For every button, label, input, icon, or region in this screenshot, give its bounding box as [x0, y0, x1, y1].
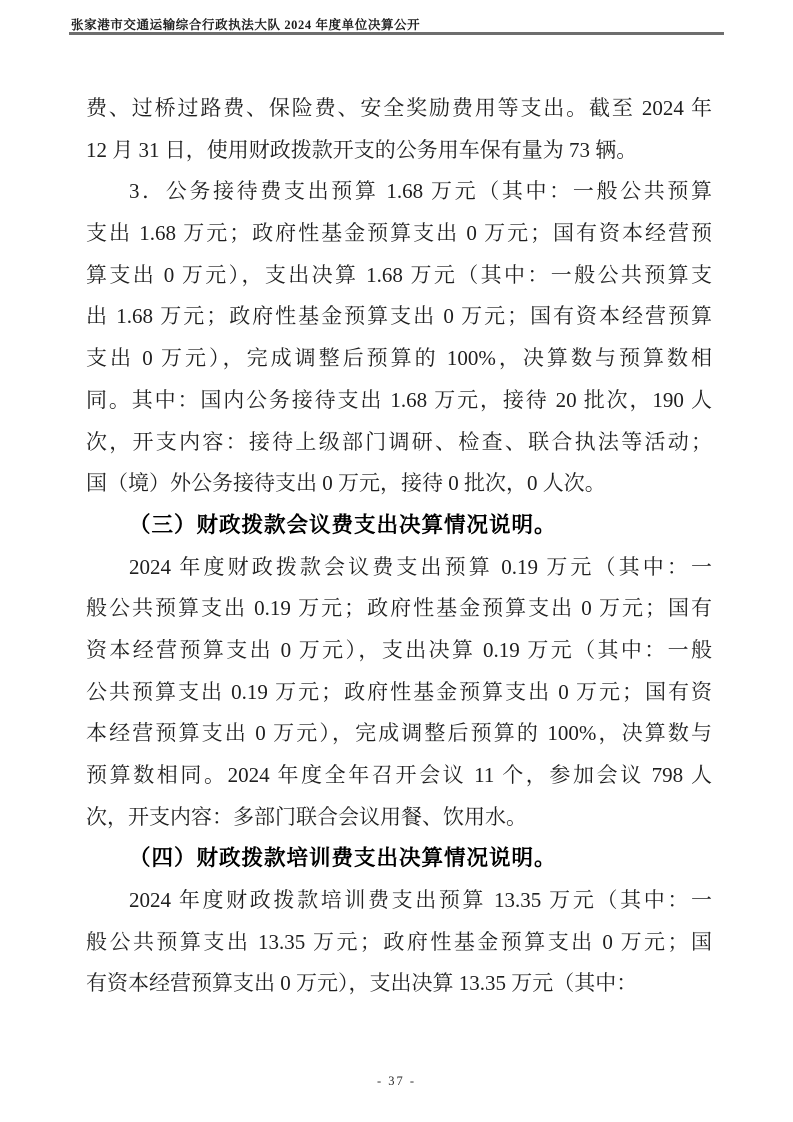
header-rule	[69, 32, 724, 35]
text-line: 费、过桥过路费、保险费、安全奖励费用等支出。截至 2024 年	[86, 88, 712, 130]
text-line: 次，开支内容：多部门联合会议用餐、饮用水。	[86, 797, 712, 839]
section-heading: （三）财政拨款会议费支出决算情况说明。	[86, 505, 712, 547]
text-line: 2024 年度财政拨款会议费支出预算 0.19 万元（其中：一	[86, 547, 712, 589]
text-line: 支出 0 万元），完成调整后预算的 100%，决算数与预算数相	[86, 338, 712, 380]
section-heading: （四）财政拨款培训费支出决算情况说明。	[86, 838, 712, 880]
text-line: 般公共预算支出 0.19 万元；政府性基金预算支出 0 万元；国有	[86, 588, 712, 630]
text-line: 本经营预算支出 0 万元），完成调整后预算的 100%，决算数与	[86, 713, 712, 755]
text-line: 2024 年度财政拨款培训费支出预算 13.35 万元（其中：一	[86, 880, 712, 922]
document-page: 张家港市交通运输综合行政执法大队 2024 年度单位决算公开 费、过桥过路费、保…	[0, 0, 793, 1122]
page-number: - 37 -	[377, 1074, 416, 1088]
text-line: 预算数相同。2024 年度全年召开会议 11 个，参加会议 798 人	[86, 755, 712, 797]
header-title: 张家港市交通运输综合行政执法大队 2024 年度单位决算公开	[71, 15, 420, 33]
text-line: 公共预算支出 0.19 万元；政府性基金预算支出 0 万元；国有资	[86, 672, 712, 714]
text-line: 3．公务接待费支出预算 1.68 万元（其中：一般公共预算	[86, 171, 712, 213]
page-footer: - 37 -	[0, 1074, 793, 1089]
text-line: 次，开支内容：接待上级部门调研、检查、联合执法等活动；	[86, 422, 712, 464]
document-body: 费、过桥过路费、保险费、安全奖励费用等支出。截至 2024 年12 月 31 日…	[86, 88, 712, 1005]
text-line: 出 1.68 万元；政府性基金预算支出 0 万元；国有资本经营预算	[86, 296, 712, 338]
text-line: 支出 1.68 万元；政府性基金预算支出 0 万元；国有资本经营预	[86, 213, 712, 255]
text-line: 12 月 31 日，使用财政拨款开支的公务用车保有量为 73 辆。	[86, 130, 712, 172]
text-line: 算支出 0 万元），支出决算 1.68 万元（其中：一般公共预算支	[86, 255, 712, 297]
text-line: 有资本经营预算支出 0 万元），支出决算 13.35 万元（其中：	[86, 963, 712, 1005]
text-line: 国（境）外公务接待支出 0 万元，接待 0 批次，0 人次。	[86, 463, 712, 505]
text-line: 同。其中：国内公务接待支出 1.68 万元，接待 20 批次，190 人	[86, 380, 712, 422]
text-line: 般公共预算支出 13.35 万元；政府性基金预算支出 0 万元；国	[86, 922, 712, 964]
text-line: 资本经营预算支出 0 万元），支出决算 0.19 万元（其中：一般	[86, 630, 712, 672]
